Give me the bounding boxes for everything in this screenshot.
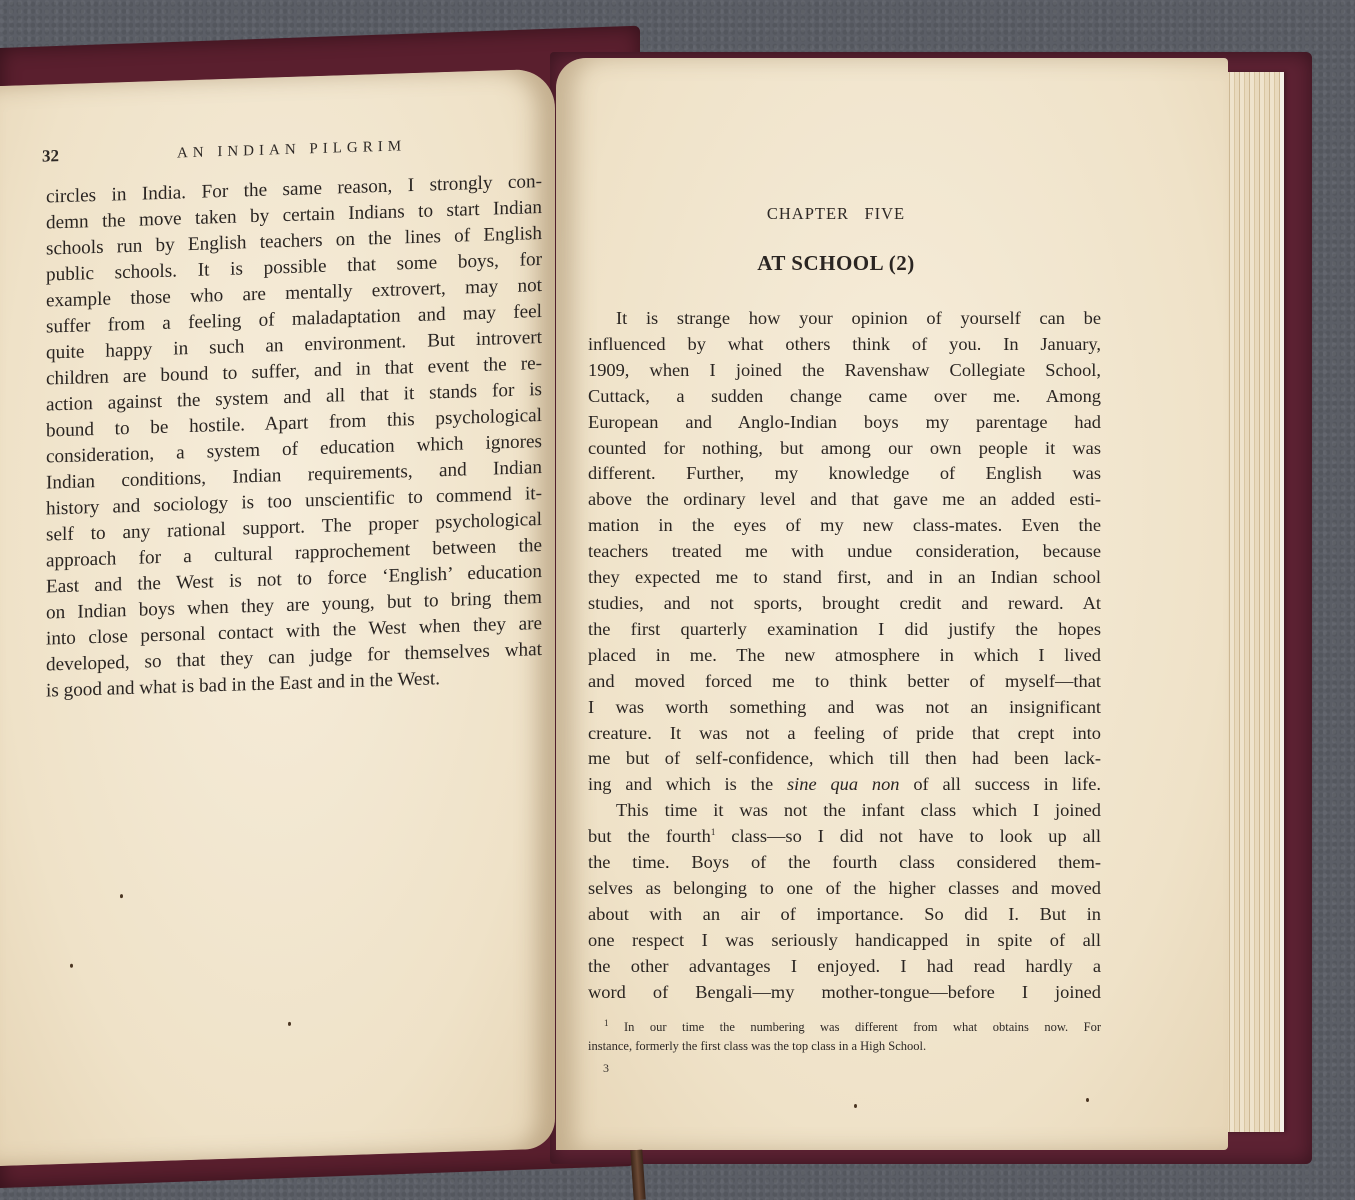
- text-line: but the fourth1 class—so I did not have …: [588, 824, 1101, 850]
- text-line: European and Anglo-Indian boys my parent…: [588, 410, 1101, 436]
- text-line: mation in the eyes of my new class-mates…: [588, 513, 1101, 539]
- text-line: counted for nothing, but among our own p…: [588, 436, 1101, 462]
- text-run: In our time the numbering was different …: [624, 1020, 1101, 1034]
- text-line: they expected me to stand first, and in …: [588, 565, 1101, 591]
- text-line: 1909, when I joined the Ravenshaw Colleg…: [588, 358, 1101, 384]
- text-line: selves as belonging to one of the higher…: [588, 876, 1101, 902]
- paper-speck: [288, 1022, 291, 1026]
- text-line: teachers treated me with undue considera…: [588, 539, 1101, 565]
- right-page: CHAPTER FIVE AT SCHOOL (2) It is strange…: [556, 58, 1228, 1150]
- text-run: class—so I did not have to look up all: [715, 826, 1101, 846]
- text-line: This time it was not the infant class wh…: [588, 798, 1101, 824]
- text-line: ing and which is the sine qua non of all…: [588, 772, 1101, 798]
- text-line: about with an air of importance. So did …: [588, 902, 1101, 928]
- text-run: but the fourth: [588, 826, 711, 846]
- chapter-title: AT SCHOOL (2): [556, 251, 1116, 276]
- text-line: the other advantages I enjoyed. I had re…: [588, 954, 1101, 980]
- text-line: me but of self-confidence, which till th…: [588, 746, 1101, 772]
- running-head-title: AN INDIAN PILGRIM: [177, 138, 406, 161]
- footnote-line: instance, formerly the first class was t…: [588, 1037, 1101, 1056]
- text-line: I was worth something and was not an ins…: [588, 695, 1101, 721]
- text-line: different. Further, my knowledge of Engl…: [588, 461, 1101, 487]
- signature-mark: 3: [603, 1061, 609, 1076]
- text-line: word of Bengali—my mother-tongue—before …: [588, 980, 1101, 1006]
- text-line: one respect I was seriously handicapped …: [588, 928, 1101, 954]
- left-page: 32 AN INDIAN PILGRIM circles in India. F…: [0, 69, 555, 1166]
- footnote: 1 In our time the numbering was differen…: [588, 1018, 1101, 1056]
- right-page-body: It is strange how your opinion of yourse…: [588, 306, 1101, 1005]
- paper-speck: [70, 964, 73, 968]
- text-line: studies, and not sports, brought credit …: [588, 591, 1101, 617]
- italic-phrase: sine qua non: [787, 774, 900, 794]
- text-run: of all success in life.: [899, 774, 1101, 794]
- text-line: placed in me. The new atmosphere in whic…: [588, 643, 1101, 669]
- text-line: creature. It was not a feeling of pride …: [588, 721, 1101, 747]
- text-run: ing and which is the: [588, 774, 787, 794]
- footnote-line: 1 In our time the numbering was differen…: [588, 1018, 1101, 1037]
- text-line: It is strange how your opinion of yourse…: [588, 306, 1101, 332]
- page-number: 32: [42, 146, 59, 166]
- text-line: and moved forced me to think better of m…: [588, 669, 1101, 695]
- text-line: above the ordinary level and that gave m…: [588, 487, 1101, 513]
- footnote-marker: 1: [604, 1018, 609, 1028]
- left-page-body: circles in India. For the same reason, I…: [46, 169, 542, 705]
- paper-speck: [1086, 1098, 1089, 1102]
- text-line: influenced by what others think of you. …: [588, 332, 1101, 358]
- paper-speck: [120, 894, 123, 898]
- text-line: the time. Boys of the fourth class consi…: [588, 850, 1101, 876]
- page-edges: [1225, 72, 1284, 1132]
- text-line: the first quarterly examination I did ju…: [588, 617, 1101, 643]
- text-line: Cuttack, a sudden change came over me. A…: [588, 384, 1101, 410]
- running-head: 32 AN INDIAN PILGRIM: [42, 132, 522, 167]
- chapter-label: CHAPTER FIVE: [556, 204, 1116, 224]
- paper-speck: [854, 1104, 857, 1108]
